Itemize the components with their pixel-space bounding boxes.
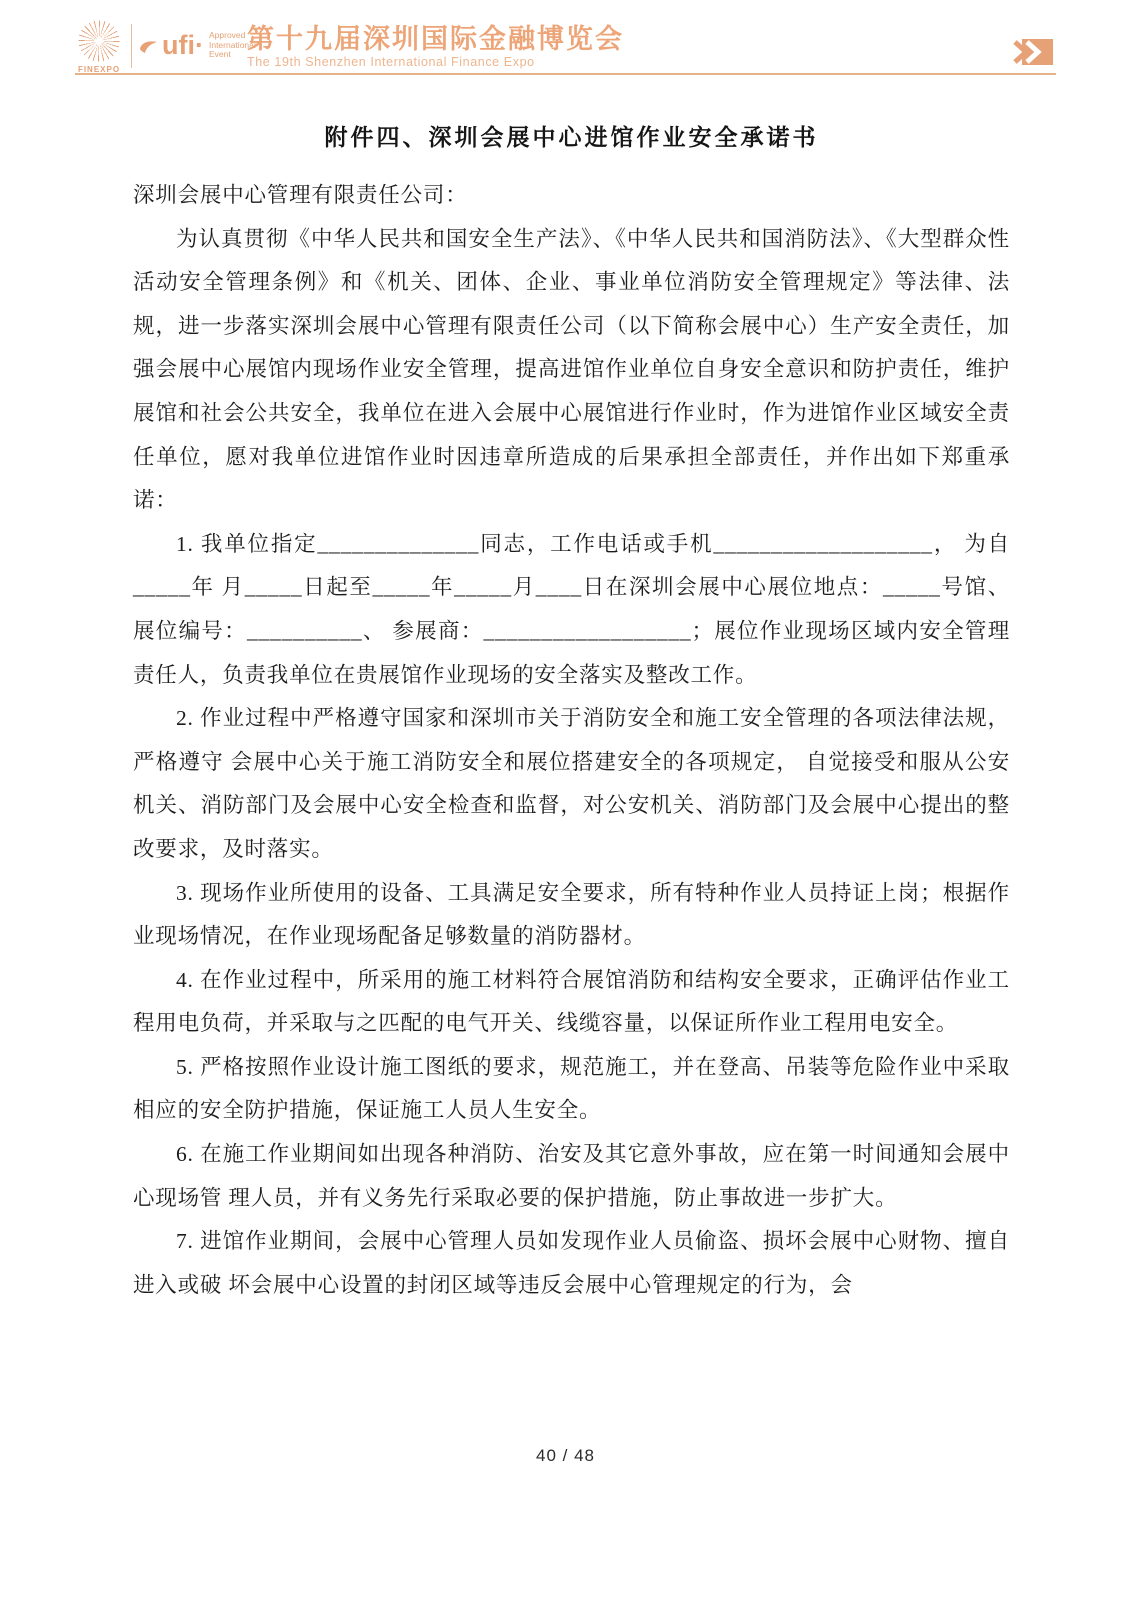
expo-title-en: The 19th Shenzhen International Finance … [247,55,624,70]
ufi-swoosh-icon [140,40,160,59]
document-page: FINEXPO ufi· Approved International Even… [0,0,1131,1600]
paragraph-intro: 为认真贯彻《中华人民共和国安全生产法》、《中华人民共和国消防法》、《大型群众性活… [133,218,1010,523]
clause-6: 6. 在施工作业期间如出现各种消防、治安及其它意外事故，应在第一时间通知会展中心… [133,1133,1010,1220]
finexpo-logo: FINEXPO [73,18,125,74]
clause-2: 2. 作业过程中严格遵守国家和深圳市关于消防安全和施工安全管理的各项法律法规，严… [133,697,1010,871]
document-title: 附件四、深圳会展中心进馆作业安全承诺书 [133,118,1010,158]
document-body: 附件四、深圳会展中心进馆作业安全承诺书 深圳会展中心管理有限责任公司： 为认真贯… [133,118,1010,1307]
double-chevron-icon [1012,38,1054,71]
page-footer: 40 / 48 [0,1446,1131,1466]
page-header: FINEXPO ufi· Approved International Even… [0,0,1131,80]
page-number: 40 / 48 [536,1446,595,1465]
clause-5: 5. 严格按照作业设计施工图纸的要求，规范施工，并在登高、吊装等危险作业中采取相… [133,1046,1010,1133]
ufi-logo-text: ufi· [162,30,204,61]
header-rule [75,73,1056,75]
clause-1: 1. 我单位指定______________同志，工作电话或手机________… [133,523,1010,697]
salutation-line: 深圳会展中心管理有限责任公司： [133,174,1010,218]
sunburst-icon [76,18,122,64]
clause-7: 7. 进馆作业期间，会展中心管理人员如发现作业人员偷盗、损坏会展中心财物、擅自进… [133,1220,1010,1307]
expo-title-cn: 第十九届深圳国际金融博览会 [247,24,624,54]
expo-title-block: 第十九届深圳国际金融博览会 The 19th Shenzhen Internat… [247,24,624,70]
header-divider [131,24,132,68]
clause-3: 3. 现场作业所使用的设备、工具满足安全要求，所有特种作业人员持证上岗；根据作业… [133,872,1010,959]
clause-4: 4. 在作业过程中，所采用的施工材料符合展馆消防和结构安全要求，正确评估作业工程… [133,959,1010,1046]
